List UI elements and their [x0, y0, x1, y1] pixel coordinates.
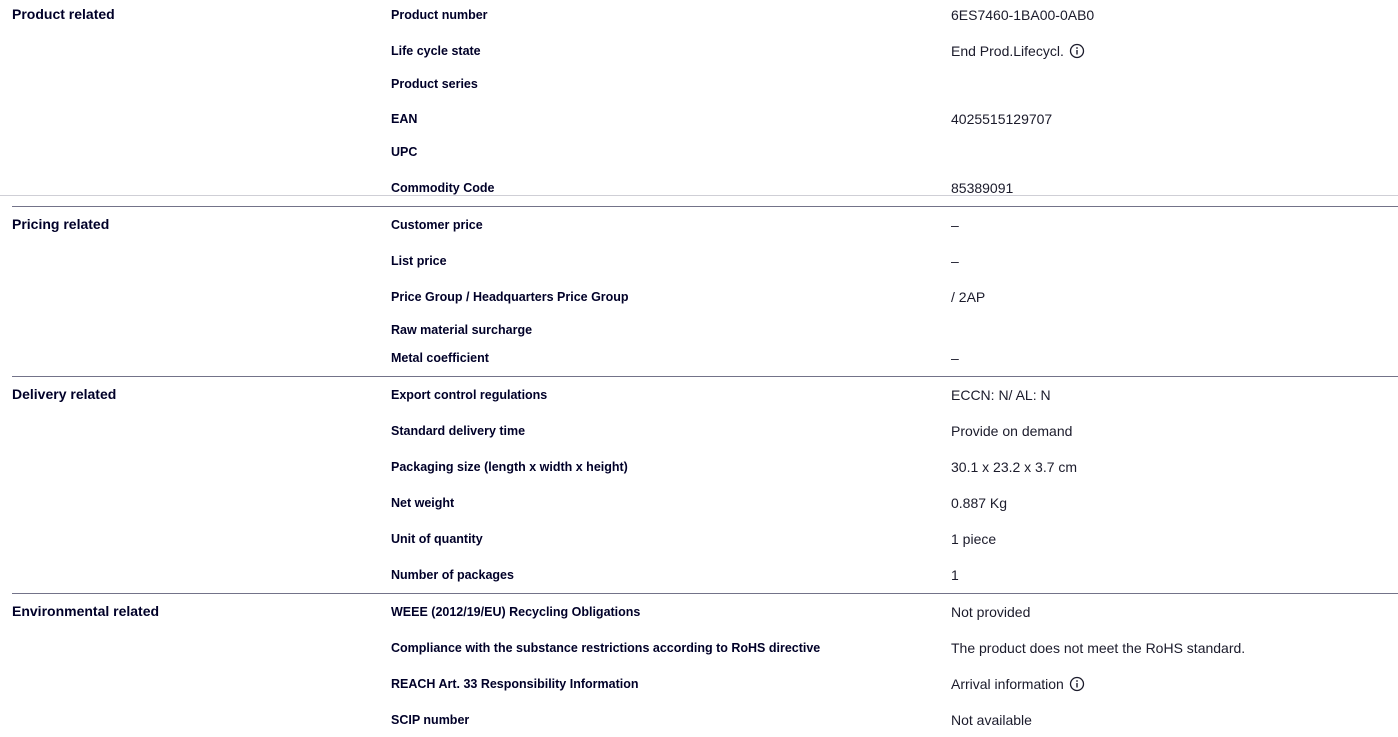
table-row: Product number 6ES7460-1BA00-0AB0 — [0, 5, 1398, 25]
section-divider — [12, 206, 1398, 207]
row-label: Packaging size (length x width x height) — [391, 457, 628, 477]
row-value: 6ES7460-1BA00-0AB0 — [951, 5, 1094, 25]
row-label: Metal coefficient — [391, 348, 489, 368]
row-label: List price — [391, 251, 447, 271]
divider — [0, 195, 1398, 196]
row-value: 30.1 x 23.2 x 3.7 cm — [951, 457, 1077, 477]
row-label: SCIP number — [391, 710, 469, 730]
table-row: EAN 4025515129707 — [0, 109, 1398, 129]
table-row: Metal coefficient – — [0, 348, 1398, 368]
product-number-value: 6ES7460-1BA00-0AB0 — [951, 5, 1094, 25]
row-value: / 2AP — [951, 287, 985, 307]
section-divider — [12, 376, 1398, 377]
row-label: EAN — [391, 109, 417, 129]
table-row: Product series — [0, 74, 1398, 94]
row-value: 1 piece — [951, 529, 996, 549]
row-label: Price Group / Headquarters Price Group — [391, 287, 629, 307]
table-row: Price Group / Headquarters Price Group /… — [0, 287, 1398, 307]
table-row: WEEE (2012/19/EU) Recycling Obligations … — [0, 602, 1398, 622]
row-value: 0.887 Kg — [951, 493, 1007, 513]
table-row: Export control regulations ECCN: N/ AL: … — [0, 385, 1398, 405]
row-value: – — [951, 348, 959, 368]
row-value: – — [951, 215, 959, 235]
row-label: Customer price — [391, 215, 483, 235]
row-value: Not provided — [951, 602, 1030, 622]
table-row: Unit of quantity 1 piece — [0, 529, 1398, 549]
row-label: Export control regulations — [391, 385, 547, 405]
table-row: List price – — [0, 251, 1398, 271]
row-label: Number of packages — [391, 565, 514, 585]
info-icon[interactable] — [1069, 43, 1085, 59]
table-row: Life cycle state End Prod.Lifecycl. — [0, 41, 1398, 61]
row-label: Raw material surcharge — [391, 320, 532, 340]
row-value: Arrival information — [951, 674, 1085, 694]
reach-info-value: Arrival information — [951, 674, 1064, 694]
table-row: Customer price – — [0, 215, 1398, 235]
table-row: UPC — [0, 142, 1398, 162]
table-row: Number of packages 1 — [0, 565, 1398, 585]
row-label: Unit of quantity — [391, 529, 483, 549]
row-label: Net weight — [391, 493, 454, 513]
row-label: REACH Art. 33 Responsibility Information — [391, 674, 638, 694]
table-row: REACH Art. 33 Responsibility Information… — [0, 674, 1398, 694]
section-divider — [12, 593, 1398, 594]
row-label: Standard delivery time — [391, 421, 525, 441]
row-value: The product does not meet the RoHS stand… — [951, 638, 1245, 658]
row-value: ECCN: N/ AL: N — [951, 385, 1051, 405]
row-label: Life cycle state — [391, 41, 481, 61]
table-row: Packaging size (length x width x height)… — [0, 457, 1398, 477]
row-value: Not available — [951, 710, 1032, 730]
row-label: Product series — [391, 74, 478, 94]
info-icon[interactable] — [1069, 676, 1085, 692]
row-label: Compliance with the substance restrictio… — [391, 638, 820, 658]
table-row: Net weight 0.887 Kg — [0, 493, 1398, 513]
table-row: SCIP number Not available — [0, 710, 1398, 730]
table-row: Standard delivery time Provide on demand — [0, 421, 1398, 441]
row-label: WEEE (2012/19/EU) Recycling Obligations — [391, 602, 640, 622]
lifecycle-value: End Prod.Lifecycl. — [951, 41, 1064, 61]
table-row: Compliance with the substance restrictio… — [0, 638, 1398, 658]
row-value: 1 — [951, 565, 959, 585]
row-value: End Prod.Lifecycl. — [951, 41, 1085, 61]
table-row: Raw material surcharge — [0, 320, 1398, 340]
row-value: 4025515129707 — [951, 109, 1052, 129]
row-label: Product number — [391, 5, 488, 25]
row-label: UPC — [391, 142, 417, 162]
row-value: – — [951, 251, 959, 271]
row-value: Provide on demand — [951, 421, 1072, 441]
